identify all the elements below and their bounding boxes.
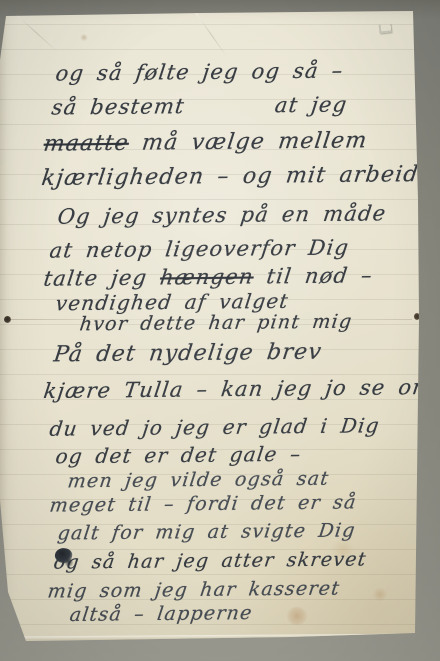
foxing-spot [80,34,88,41]
line-text: så bestemt at jeg [50,92,349,119]
line-text: og så har jeg atter skrevet [52,548,368,573]
line-text: til nød – [252,263,374,288]
manuscript-line: maatte må vælge mellem [42,128,369,156]
line-text: galt for mig at svigte Dig [56,519,357,544]
manuscript-line: meget til – fordi det er så [48,491,358,516]
line-text: Og jeg syntes på en måde [56,201,388,228]
line-text: hvor dette har pint mig [78,311,353,336]
line-text: mig som jeg har kasseret [46,577,341,602]
manuscript-paper: og så følte jeg og så – så bestemt at je… [0,0,440,661]
foxing-spot [286,607,308,625]
line-text: altså – lapperne [68,602,254,626]
manuscript-line: og så har jeg atter skrevet [52,548,368,573]
manuscript-line: galt for mig at svigte Dig [56,519,357,544]
pinhole-right [414,313,420,320]
line-text: kjærligheden – og mit arbeide [40,162,434,191]
manuscript-line: Og jeg syntes på en måde [56,201,388,228]
line-text: meget til – fordi det er så [48,491,358,516]
manuscript-line: mig som jeg har kasseret [46,577,341,602]
crease-mark [13,12,58,53]
manuscript-line: at netop ligeoverfor Dig [48,235,351,262]
manuscript-line: kjære Tulla – kan jeg jo se om [42,375,435,403]
photo-background: og så følte jeg og så – så bestemt at je… [0,0,440,661]
manuscript-line: og så følte jeg og så – [54,58,345,85]
line-text: og det er det gale – [54,442,303,469]
line-text: og så følte jeg og så – [54,58,345,85]
strikethrough-text: maatte [42,131,130,157]
line-text: du ved jo jeg er glad i Dig [48,413,381,440]
manuscript-line: du ved jo jeg er glad i Dig [48,413,381,440]
line-text: talte jeg [42,266,162,291]
line-text: må vælge mellem [127,128,369,155]
manuscript-line: hvor dette har pint mig [78,311,353,336]
manuscript-line: På det nydelige brev [52,340,323,368]
line-text: at netop ligeoverfor Dig [48,235,351,262]
manuscript-line: og det er det gale – [54,442,303,469]
manuscript-line: kjærligheden – og mit arbeide [40,162,434,191]
manuscript-line: altså – lapperne [68,602,254,626]
foxing-spot [372,588,388,601]
pencil-mark [379,23,392,33]
pinhole-left [4,316,11,323]
line-text: kjære Tulla – kan jeg jo se om [42,375,435,403]
line-text: men jeg vilde også sat [66,468,330,493]
manuscript-line: så bestemt at jeg [50,92,349,119]
manuscript-line: talte jeg hængen til nød – [42,263,374,290]
crease-mark [195,12,227,58]
strikethrough-text: hængen [159,265,256,290]
line-text: På det nydelige brev [52,340,323,368]
manuscript-line: men jeg vilde også sat [66,468,330,493]
